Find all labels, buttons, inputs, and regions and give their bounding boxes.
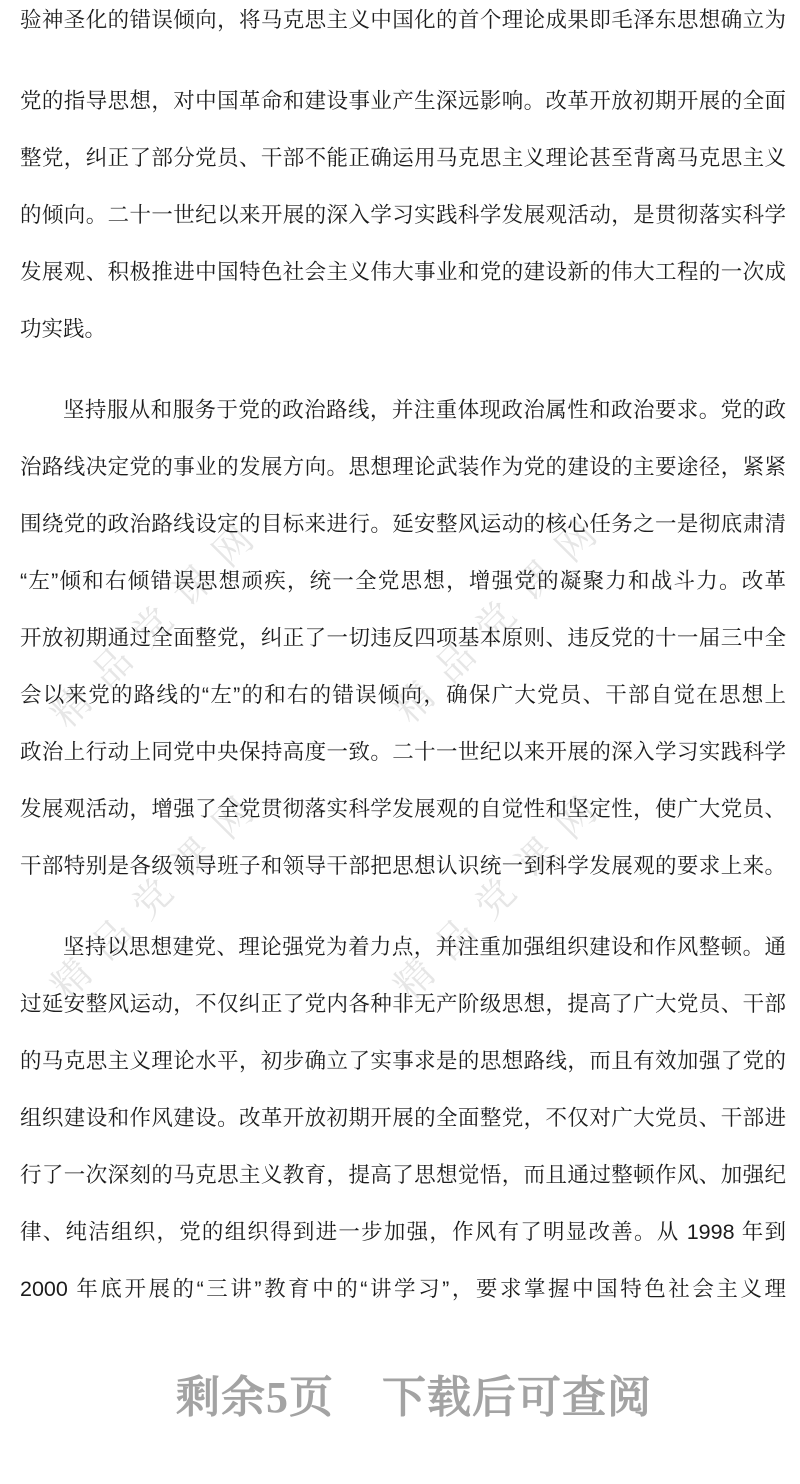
body-text-line: 开放初期通过全面整党，纠正了一切违反四项基本原则、违反党的十一届三中全 — [20, 610, 786, 667]
body-text-line: 干部特别是各级领导班子和领导干部把思想认识统一到科学发展观的要求上来。 — [20, 838, 786, 895]
body-text-line: 会以来党的路线的“左”的和右的错误倾向，确保广大党员、干部自觉在思想上 — [20, 667, 786, 724]
paragraph: 坚持服从和服务于党的政治路线，并注重体现政治属性和政治要求。党的政治路线决定党的… — [20, 382, 786, 895]
remaining-pages-label: 剩余5页 — [176, 1373, 334, 1422]
body-text-line: 发展观活动，增强了全党贯彻落实科学发展观的自觉性和坚定性，使广大党员、 — [20, 781, 786, 838]
body-text-line: 坚持服从和服务于党的政治路线，并注重体现政治属性和政治要求。党的政 — [20, 382, 786, 439]
paragraph: 党的指导思想，对中国革命和建设事业产生深远影响。改革开放初期开展的全面整党，纠正… — [20, 73, 786, 358]
body-text-line: 组织建设和作风建设。改革开放初期开展的全面整党，不仅对广大党员、干部进 — [20, 1090, 786, 1147]
remaining-pages-notice: 剩余5页下载后可查阅 — [14, 1372, 800, 1424]
body-text-line: 过延安整风运动，不仅纠正了党内各种非无产阶级思想，提高了广大党员、干部 — [20, 976, 786, 1033]
paragraph: 验神圣化的错误倾向，将马克思主义中国化的首个理论成果即毛泽东思想确立为 — [20, 0, 786, 49]
body-text-line: 功实践。 — [20, 301, 786, 358]
body-text-line: 验神圣化的错误倾向，将马克思主义中国化的首个理论成果即毛泽东思想确立为 — [20, 0, 786, 49]
body-text-line: “左”倾和右倾错误思想顽疾，统一全党思想，增强党的凝聚力和战斗力。改革 — [20, 553, 786, 610]
body-text-line: 整党，纠正了部分党员、干部不能正确运用马克思主义理论甚至背离马克思主义 — [20, 130, 786, 187]
body-text-line: 律、纯洁组织，党的组织得到进一步加强，作风有了明显改善。从 1998 年到 — [20, 1204, 786, 1261]
download-hint-label: 下载后可查阅 — [382, 1373, 652, 1422]
body-text-line: 治路线决定党的事业的发展方向。思想理论武装作为党的建设的主要途径，紧紧 — [20, 439, 786, 496]
body-text-line: 2000 年底开展的“三讲”教育中的“讲学习”，要求掌握中国特色社会主义理 — [20, 1261, 786, 1318]
body-text-line: 行了一次深刻的马克思主义教育，提高了思想觉悟，而且通过整顿作风、加强纪 — [20, 1147, 786, 1204]
body-text-line: 政治上行动上同党中央保持高度一致。二十一世纪以来开展的深入学习实践科学 — [20, 724, 786, 781]
body-text-line: 的倾向。二十一世纪以来开展的深入学习实践科学发展观活动，是贯彻落实科学 — [20, 187, 786, 244]
body-text-line: 发展观、积极推进中国特色社会主义伟大事业和党的建设新的伟大工程的一次成 — [20, 244, 786, 301]
body-text-line: 坚持以思想建党、理论强党为着力点，并注重加强组织建设和作风整顿。通 — [20, 919, 786, 976]
document-page: 精品党课网 精品党课网 精品党课网 精品党课网 验神圣化的错误倾向，将马克思主义… — [0, 0, 800, 1484]
document-body: 验神圣化的错误倾向，将马克思主义中国化的首个理论成果即毛泽东思想确立为党的指导思… — [20, 0, 786, 1318]
paragraph: 坚持以思想建党、理论强党为着力点，并注重加强组织建设和作风整顿。通过延安整风运动… — [20, 919, 786, 1318]
body-text-line: 党的指导思想，对中国革命和建设事业产生深远影响。改革开放初期开展的全面 — [20, 73, 786, 130]
body-text-line: 围绕党的政治路线设定的目标来进行。延安整风运动的核心任务之一是彻底肃清 — [20, 496, 786, 553]
body-text-line: 的马克思主义理论水平，初步确立了实事求是的思想路线，而且有效加强了党的 — [20, 1033, 786, 1090]
